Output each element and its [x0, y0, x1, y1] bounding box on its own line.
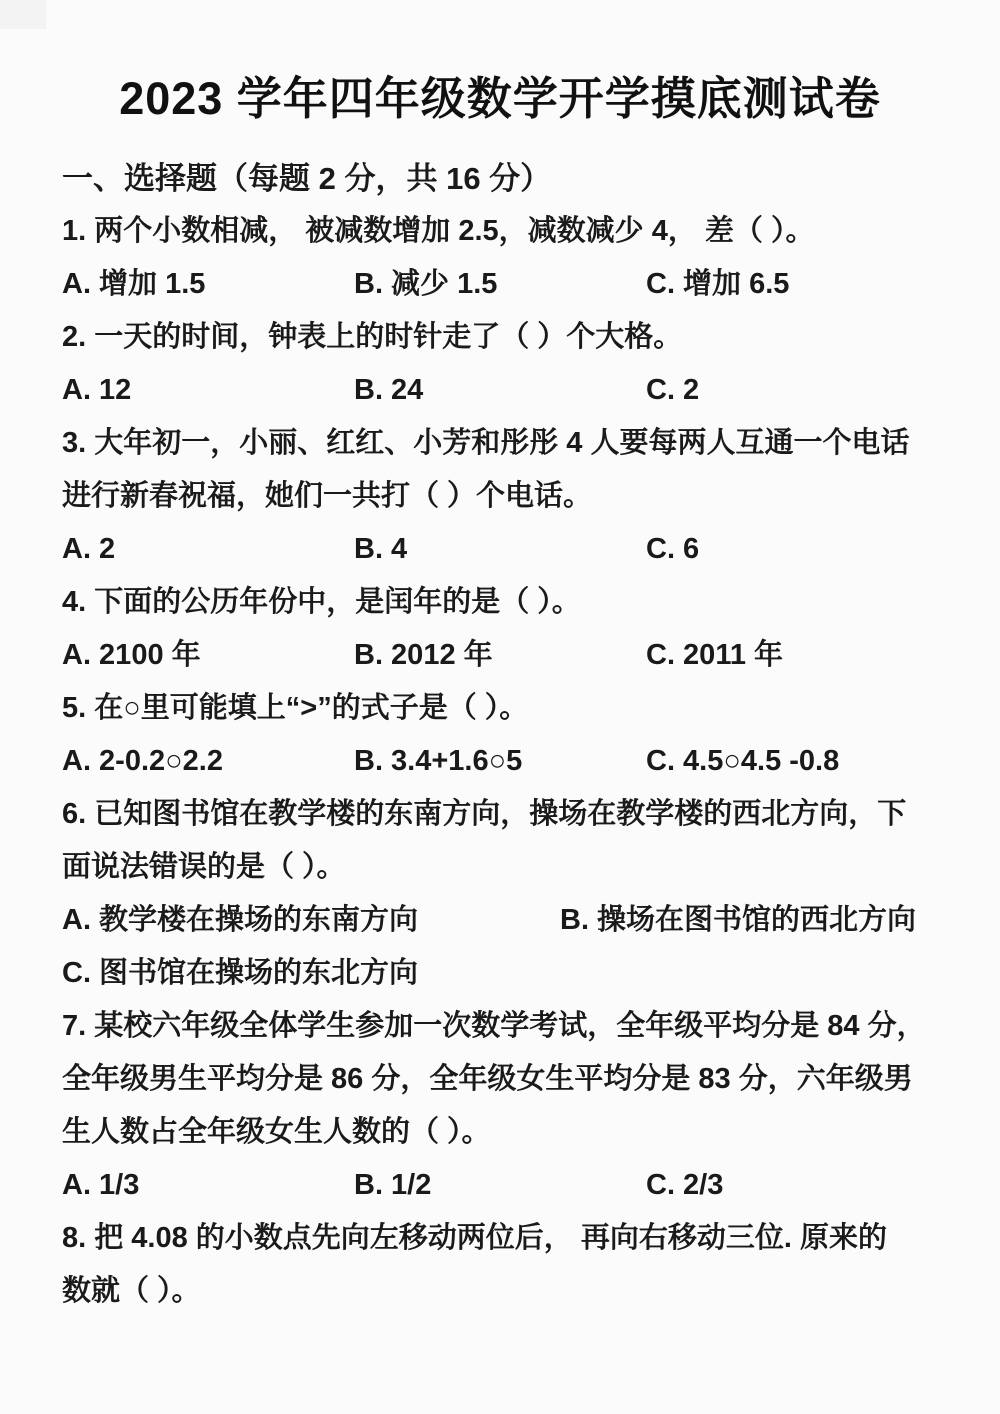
scan-corner-artifact: [0, 0, 46, 29]
question-8-stem-line-1: 8. 把 4.08 的小数点先向左移动两位后， 再向右移动三位. 原来的: [62, 1212, 938, 1265]
question-2: 2. 一天的时间，钟表上的时针走了（ ）个大格。 A. 12 B. 24 C. …: [62, 311, 938, 417]
question-3-option-c: C. 6: [646, 523, 938, 576]
question-1-option-b: B. 减少 1.5: [354, 258, 646, 311]
question-4-options: A. 2100 年 B. 2012 年 C. 2011 年: [62, 629, 938, 682]
question-7-option-b: B. 1/2: [354, 1159, 646, 1212]
question-3-options: A. 2 B. 4 C. 6: [62, 523, 938, 576]
question-6-option-a: A. 教学楼在操场的东南方向: [62, 894, 560, 947]
question-3-stem-line-2: 进行新春祝福，她们一共打（ ）个电话。: [62, 470, 938, 523]
question-list: 1. 两个小数相减， 被减数增加 2.5，减数减少 4， 差（ ）。 A. 增加…: [62, 205, 938, 1318]
question-7: 7. 某校六年级全体学生参加一次数学考试，全年级平均分是 84 分， 全年级男生…: [62, 1000, 938, 1212]
question-4-option-a: A. 2100 年: [62, 629, 354, 682]
question-1-options: A. 增加 1.5 B. 减少 1.5 C. 增加 6.5: [62, 258, 938, 311]
question-2-stem: 2. 一天的时间，钟表上的时针走了（ ）个大格。: [62, 311, 938, 364]
question-3-option-b: B. 4: [354, 523, 646, 576]
question-5-stem: 5. 在○里可能填上“>”的式子是（ ）。: [62, 682, 938, 735]
question-2-option-c: C. 2: [646, 364, 938, 417]
section-header-choice-questions: 一、选择题（每题 2 分，共 16 分）: [62, 152, 938, 205]
question-6-option-c: C. 图书馆在操场的东北方向: [62, 947, 938, 1000]
question-7-option-a: A. 1/3: [62, 1159, 354, 1212]
question-6-stem-line-2: 面说法错误的是（ ）。: [62, 841, 938, 894]
question-7-stem-line-2: 全年级男生平均分是 86 分，全年级女生平均分是 83 分，六年级男: [62, 1053, 938, 1106]
question-5: 5. 在○里可能填上“>”的式子是（ ）。 A. 2-0.2○2.2 B. 3.…: [62, 682, 938, 788]
question-8-stem-line-2: 数就（ ）。: [62, 1265, 938, 1318]
question-5-option-a: A. 2-0.2○2.2: [62, 735, 354, 788]
question-7-stem-line-1: 7. 某校六年级全体学生参加一次数学考试，全年级平均分是 84 分，: [62, 1000, 938, 1053]
question-6-stem-line-1: 6. 已知图书馆在教学楼的东南方向，操场在教学楼的西北方向，下: [62, 788, 938, 841]
question-4-option-b: B. 2012 年: [354, 629, 646, 682]
question-5-option-c: C. 4.5○4.5 -0.8: [646, 735, 938, 788]
question-2-option-b: B. 24: [354, 364, 646, 417]
exam-title: 2023 学年四年级数学开学摸底测试卷: [0, 70, 1000, 128]
question-4-stem: 4. 下面的公历年份中，是闰年的是（ ）。: [62, 576, 938, 629]
question-7-stem-line-3: 生人数占全年级女生人数的（ ）。: [62, 1106, 938, 1159]
question-3-stem-line-1: 3. 大年初一，小丽、红红、小芳和彤彤 4 人要每两人互通一个电话: [62, 417, 938, 470]
question-4-option-c: C. 2011 年: [646, 629, 938, 682]
question-5-options: A. 2-0.2○2.2 B. 3.4+1.6○5 C. 4.5○4.5 -0.…: [62, 735, 938, 788]
question-1-stem: 1. 两个小数相减， 被减数增加 2.5，减数减少 4， 差（ ）。: [62, 205, 938, 258]
question-5-option-b: B. 3.4+1.6○5: [354, 735, 646, 788]
test-paper-page: 2023 学年四年级数学开学摸底测试卷 一、选择题（每题 2 分，共 16 分）…: [0, 0, 1000, 1414]
question-8: 8. 把 4.08 的小数点先向左移动两位后， 再向右移动三位. 原来的 数就（…: [62, 1212, 938, 1318]
question-2-option-a: A. 12: [62, 364, 354, 417]
question-1: 1. 两个小数相减， 被减数增加 2.5，减数减少 4， 差（ ）。 A. 增加…: [62, 205, 938, 311]
question-7-option-c: C. 2/3: [646, 1159, 938, 1212]
question-6-options-row-1: A. 教学楼在操场的东南方向 B. 操场在图书馆的西北方向: [62, 894, 938, 947]
question-2-options: A. 12 B. 24 C. 2: [62, 364, 938, 417]
question-6: 6. 已知图书馆在教学楼的东南方向，操场在教学楼的西北方向，下 面说法错误的是（…: [62, 788, 938, 1000]
question-3: 3. 大年初一，小丽、红红、小芳和彤彤 4 人要每两人互通一个电话 进行新春祝福…: [62, 417, 938, 576]
question-6-option-b: B. 操场在图书馆的西北方向: [560, 894, 938, 947]
question-7-options: A. 1/3 B. 1/2 C. 2/3: [62, 1159, 938, 1212]
question-1-option-c: C. 增加 6.5: [646, 258, 938, 311]
question-1-option-a: A. 增加 1.5: [62, 258, 354, 311]
question-4: 4. 下面的公历年份中，是闰年的是（ ）。 A. 2100 年 B. 2012 …: [62, 576, 938, 682]
question-3-option-a: A. 2: [62, 523, 354, 576]
